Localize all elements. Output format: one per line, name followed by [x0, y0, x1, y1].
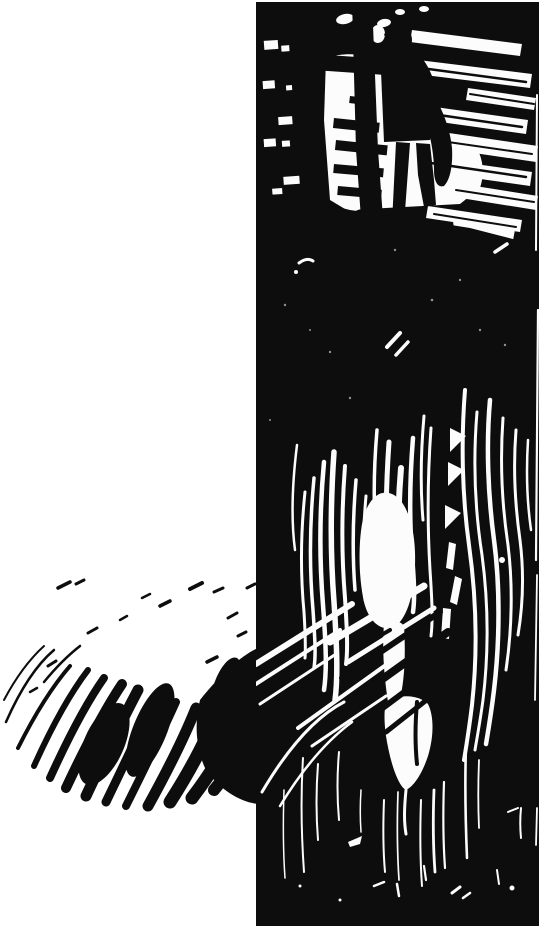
woodcut-canvas — [0, 0, 541, 933]
illustration-page — [0, 0, 541, 933]
woodcut-illustration — [0, 0, 541, 933]
